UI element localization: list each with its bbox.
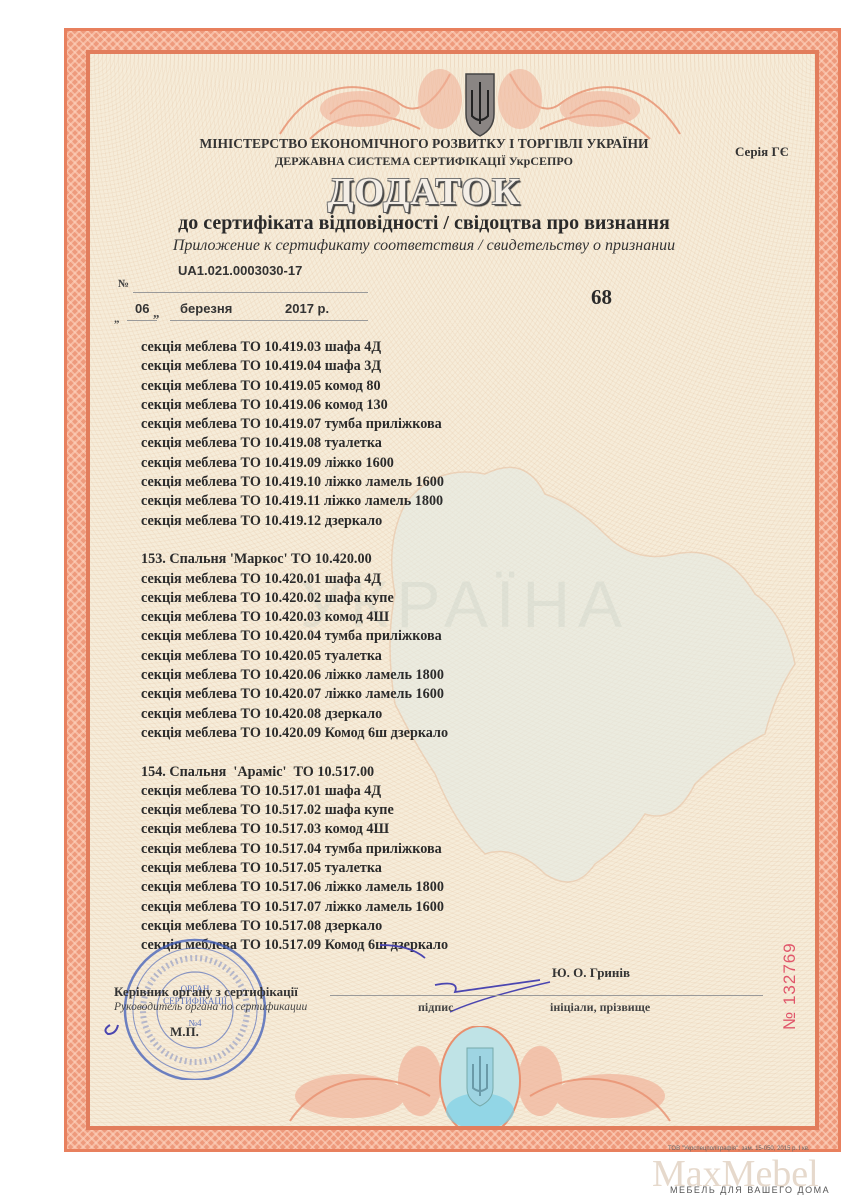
date-month: березня [180, 301, 232, 316]
list-item: секція меблева ТО 10.420.03 комод 4Ш [141, 608, 448, 627]
list-item: секція меблева ТО 10.419.05 комод 80 [141, 377, 448, 396]
list-item: секція меблева ТО 10.517.07 ліжко ламель… [141, 898, 448, 917]
signature-line [330, 995, 763, 996]
group-heading: 154. Спальня 'Араміс' ТО 10.517.00 [141, 763, 448, 782]
date-year: 2017 р. [285, 301, 329, 316]
list-item: секція меблева ТО 10.517.06 ліжко ламель… [141, 878, 448, 897]
bottom-ornament-with-trident-icon [270, 1026, 690, 1126]
page-number: 68 [591, 285, 612, 310]
list-item: секція меблева ТО 10.419.12 дзеркало [141, 512, 448, 531]
signatory-name: Ю. О. Гринів [552, 965, 630, 981]
list-item: секція меблева ТО 10.517.01 шафа 4Д [141, 782, 448, 801]
list-item: секція меблева ТО 10.419.09 ліжко 1600 [141, 454, 448, 473]
certificate-number: UA1.021.0003030-17 [178, 263, 302, 278]
list-item: секція меблева ТО 10.420.09 Комод 6ш дзе… [141, 724, 448, 743]
list-item: секція меблева ТО 10.517.04 тумба приліж… [141, 840, 448, 859]
list-item: секція меблева ТО 10.420.06 ліжко ламель… [141, 666, 448, 685]
date-quote-open: „ [114, 313, 120, 325]
list-item: секція меблева ТО 10.517.03 комод 4Ш [141, 820, 448, 839]
brand-tagline: МЕБЕЛЬ ДЛЯ ВАШЕГО ДОМА [670, 1185, 830, 1195]
list-item: секція меблева ТО 10.517.05 туалетка [141, 859, 448, 878]
initials-caption: ініціали, прізвище [550, 1000, 650, 1015]
list-item: секція меблева ТО 10.420.07 ліжко ламель… [141, 685, 448, 704]
list-spacer [141, 743, 448, 762]
subtitle-ukrainian: до сертифіката відповідності / свідоцтва… [0, 212, 848, 235]
certification-system: ДЕРЖАВНА СИСТЕМА СЕРТИФІКАЦІЇ УкрСЕПРО [0, 154, 848, 169]
list-item: секція меблева ТО 10.517.02 шафа купе [141, 801, 448, 820]
list-item: секція меблева ТО 10.419.07 тумба приліж… [141, 415, 448, 434]
ministry-name: МІНІСТЕРСТВО ЕКОНОМІЧНОГО РОЗВИТКУ І ТОР… [0, 136, 848, 152]
head-title-ukrainian: Керівник органу з сертифікації [114, 984, 298, 1000]
seal-place-label: М.П. [170, 1024, 199, 1040]
list-item: секція меблева ТО 10.419.06 комод 130 [141, 396, 448, 415]
head-title-russian: Руководитель органа по сертификации [114, 1001, 307, 1013]
list-item: секція меблева ТО 10.420.05 туалетка [141, 647, 448, 666]
list-item: секція меблева ТО 10.420.01 шафа 4Д [141, 570, 448, 589]
serial-number: № 132769 [780, 942, 800, 1030]
top-ornament-with-trident-icon [270, 54, 690, 149]
list-item: секція меблева ТО 10.420.02 шафа купе [141, 589, 448, 608]
number-sign: № [118, 278, 129, 290]
list-item: секція меблева ТО 10.420.04 тумба приліж… [141, 627, 448, 646]
month-underline [170, 320, 368, 321]
signature-caption: підпис [418, 1000, 453, 1015]
date-day: 06 [135, 301, 149, 316]
group-heading: 153. Спальня 'Маркос' ТО 10.420.00 [141, 550, 448, 569]
list-item: секція меблева ТО 10.419.04 шафа 3Д [141, 357, 448, 376]
list-item: секція меблева ТО 10.419.10 ліжко ламель… [141, 473, 448, 492]
day-underline [127, 320, 157, 321]
list-item: секція меблева ТО 10.420.08 дзеркало [141, 705, 448, 724]
subtitle-russian: Приложение к сертификату соответствия / … [0, 237, 848, 255]
list-spacer [141, 531, 448, 550]
number-underline [133, 292, 368, 293]
document-title: ДОДАТОК [0, 170, 848, 214]
item-list: секція меблева ТО 10.419.03 шафа 4Дсекці… [141, 338, 448, 956]
list-item: секція меблева ТО 10.419.08 туалетка [141, 434, 448, 453]
list-item: секція меблева ТО 10.419.03 шафа 4Д [141, 338, 448, 357]
date-quote-close: „ [153, 305, 160, 321]
series-label: Серія ГЄ [735, 144, 789, 160]
list-item: секція меблева ТО 10.419.11 ліжко ламель… [141, 492, 448, 511]
